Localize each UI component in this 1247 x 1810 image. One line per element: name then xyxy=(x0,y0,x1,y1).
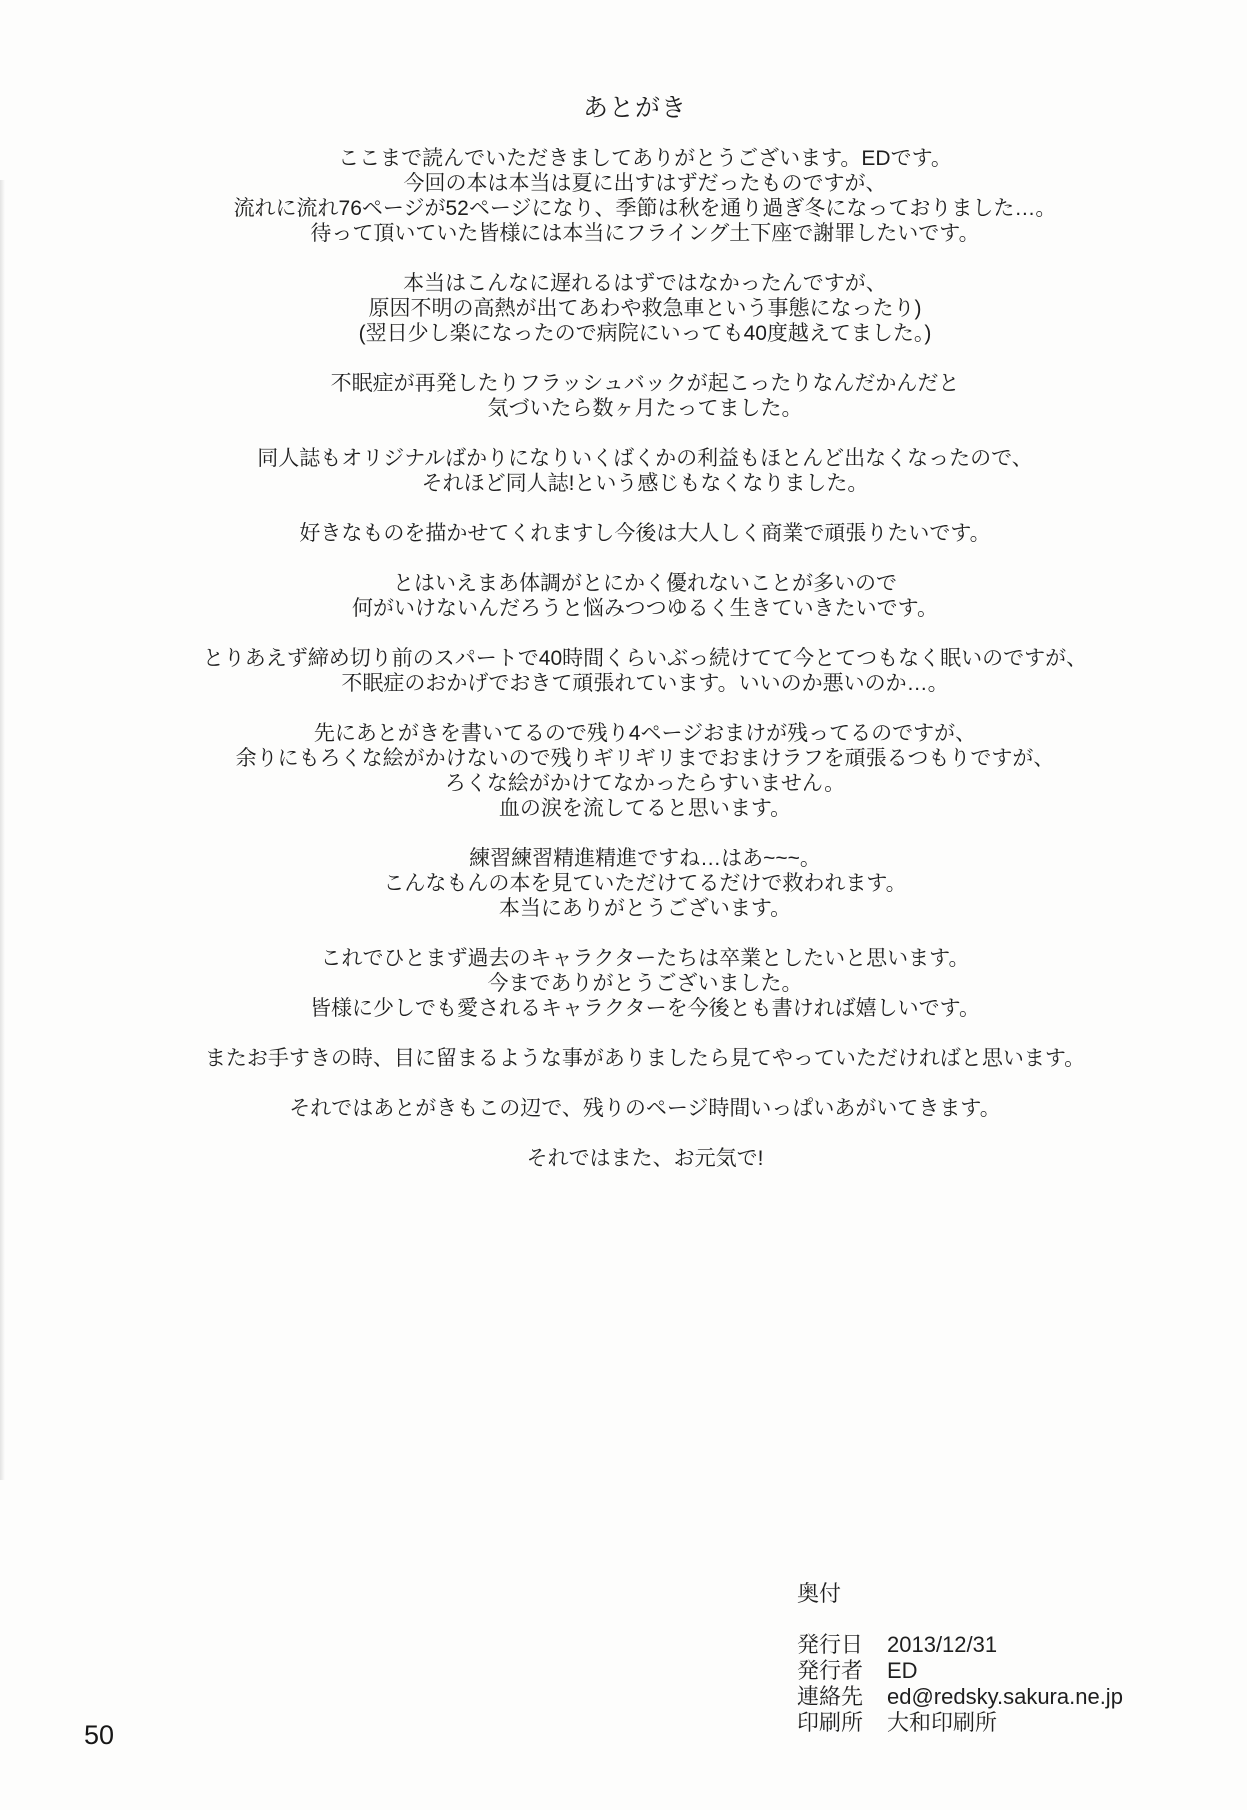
text-line: これでひとまず過去のキャラクターたちは卒業としたいと思います。 xyxy=(45,946,1245,971)
paragraph: それではまた、お元気で! xyxy=(45,1146,1245,1171)
paragraph: 先にあとがきを書いてるので残り4ページおまけが残ってるのですが、 余りにもろくな… xyxy=(45,721,1245,821)
text-line: ろくな絵がかけてなかったらすいません。 xyxy=(45,771,1245,796)
colophon-printer: 大和印刷所 xyxy=(887,1710,997,1736)
colophon-label: 発行日 xyxy=(797,1632,887,1658)
text-line: 今回の本は本当は夏に出すはずだったものですが、 xyxy=(45,171,1245,196)
text-line: 今までありがとうございました。 xyxy=(45,971,1245,996)
colophon-label: 連絡先 xyxy=(797,1684,887,1710)
colophon-row: 発行日 2013/12/31 xyxy=(797,1632,1123,1658)
page-title: あとがき xyxy=(45,88,1225,124)
page-number: 50 xyxy=(84,1720,114,1751)
text-line: それではあとがきもこの辺で、残りのページ時間いっぱいあがいてきます。 xyxy=(45,1096,1245,1121)
colophon-publisher: ED xyxy=(887,1658,918,1684)
colophon-row: 印刷所 大和印刷所 xyxy=(797,1710,1123,1736)
paragraph: これでひとまず過去のキャラクターたちは卒業としたいと思います。 今までありがとう… xyxy=(45,946,1245,1021)
text-line: とはいえまあ体調がとにかく優れないことが多いので xyxy=(45,571,1245,596)
text-line: またお手すきの時、目に留まるような事がありましたら見てやっていただければと思いま… xyxy=(45,1046,1245,1071)
colophon-contact-email: ed@redsky.sakura.ne.jp xyxy=(887,1684,1123,1710)
colophon-label: 発行者 xyxy=(797,1658,887,1684)
paragraph: またお手すきの時、目に留まるような事がありましたら見てやっていただければと思いま… xyxy=(45,1046,1245,1071)
text-line: こんなもんの本を見ていただけてるだけで救われます。 xyxy=(45,871,1245,896)
text-line: 不眠症のおかげでおきて頑張れています。いいのか悪いのか…。 xyxy=(45,671,1245,696)
paragraph: ここまで読んでいただきましてありがとうございます。EDです。 今回の本は本当は夏… xyxy=(45,146,1245,246)
text-line: 余りにもろくな絵がかけないので残りギリギリまでおまけラフを頑張るつもりですが、 xyxy=(45,746,1245,771)
text-line: 何がいけないんだろうと悩みつつゆるく生きていきたいです。 xyxy=(45,596,1245,621)
text-line: 待って頂いていた皆様には本当にフライング土下座で謝罪したいです。 xyxy=(45,221,1245,246)
paragraph: 練習練習精進精進ですね…はあ~~~。 こんなもんの本を見ていただけてるだけで救わ… xyxy=(45,846,1245,921)
text-line: ここまで読んでいただきましてありがとうございます。EDです。 xyxy=(45,146,1245,171)
colophon-row: 発行者 ED xyxy=(797,1658,1123,1684)
colophon-title: 奥付 xyxy=(797,1581,1123,1607)
scan-edge-shadow xyxy=(0,180,5,1480)
text-line: それほど同人誌!という感じもなくなりました。 xyxy=(45,471,1245,496)
text-line: それではまた、お元気で! xyxy=(45,1146,1245,1171)
paragraph: とりあえず締め切り前のスパートで40時間くらいぶっ続けてて今とてつもなく眠いので… xyxy=(45,646,1245,696)
colophon-publication-date: 2013/12/31 xyxy=(887,1632,997,1658)
text-line: 不眠症が再発したりフラッシュバックが起こったりなんだかんだと xyxy=(45,371,1245,396)
colophon-label: 印刷所 xyxy=(797,1710,887,1736)
paragraph: 同人誌もオリジナルばかりになりいくばくかの利益もほとんど出なくなったので、 それ… xyxy=(45,446,1245,496)
paragraph: とはいえまあ体調がとにかく優れないことが多いので 何がいけないんだろうと悩みつつ… xyxy=(45,571,1245,621)
text-line: 流れに流れ76ページが52ページになり、季節は秋を通り過ぎ冬になっておりました…… xyxy=(45,196,1245,221)
paragraph: それではあとがきもこの辺で、残りのページ時間いっぱいあがいてきます。 xyxy=(45,1096,1245,1121)
colophon-row: 連絡先 ed@redsky.sakura.ne.jp xyxy=(797,1684,1123,1710)
text-line: 本当にありがとうございます。 xyxy=(45,896,1245,921)
paragraph: 好きなものを描かせてくれますし今後は大人しく商業で頑張りたいです。 xyxy=(45,521,1245,546)
text-line: 気づいたら数ヶ月たってました。 xyxy=(45,396,1245,421)
colophon: 奥付 発行日 2013/12/31 発行者 ED 連絡先 ed@redsky.s… xyxy=(797,1581,1123,1736)
text-line: 同人誌もオリジナルばかりになりいくばくかの利益もほとんど出なくなったので、 xyxy=(45,446,1245,471)
text-line: 好きなものを描かせてくれますし今後は大人しく商業で頑張りたいです。 xyxy=(45,521,1245,546)
paragraph: 不眠症が再発したりフラッシュバックが起こったりなんだかんだと 気づいたら数ヶ月た… xyxy=(45,371,1245,421)
text-line: 先にあとがきを書いてるので残り4ページおまけが残ってるのですが、 xyxy=(45,721,1245,746)
text-line: 本当はこんなに遅れるはずではなかったんですが、 xyxy=(45,271,1245,296)
text-line: 皆様に少しでも愛されるキャラクターを今後とも書ければ嬉しいです。 xyxy=(45,996,1245,1021)
text-line: (翌日少し楽になったので病院にいっても40度越えてました。) xyxy=(45,321,1245,346)
text-line: 血の涙を流してると思います。 xyxy=(45,796,1245,821)
afterword-page: あとがき ここまで読んでいただきましてありがとうございます。EDです。 今回の本… xyxy=(0,0,1247,1810)
paragraph: 本当はこんなに遅れるはずではなかったんですが、 原因不明の高熱が出てあわや救急車… xyxy=(45,271,1245,346)
text-line: とりあえず締め切り前のスパートで40時間くらいぶっ続けてて今とてつもなく眠いので… xyxy=(45,646,1245,671)
text-line: 原因不明の高熱が出てあわや救急車という事態になったり) xyxy=(45,296,1245,321)
text-line: 練習練習精進精進ですね…はあ~~~。 xyxy=(45,846,1245,871)
afterword-text: ここまで読んでいただきましてありがとうございます。EDです。 今回の本は本当は夏… xyxy=(45,146,1245,1196)
